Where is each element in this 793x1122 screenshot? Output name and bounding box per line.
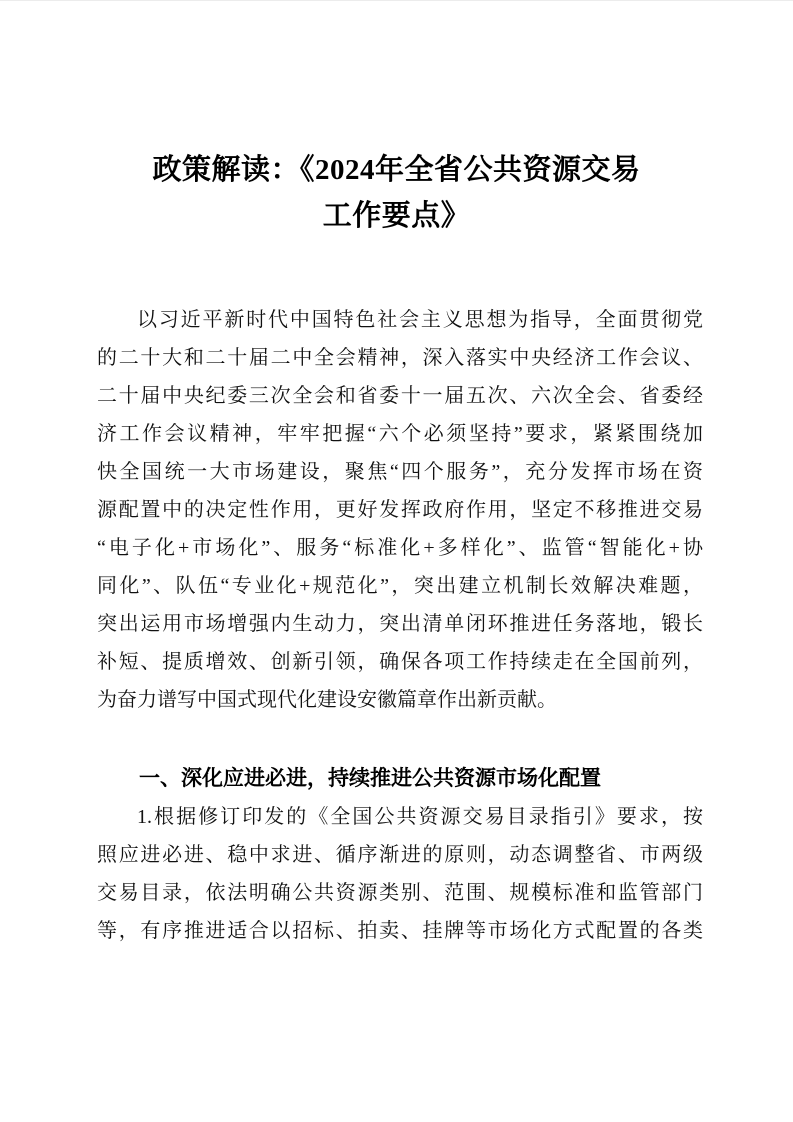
section-heading: 一、深化应进必进，持续推进公共资源市场化配置 (97, 760, 703, 798)
text-line: 1.根据修订印发的《全国公共资源交易目录指引》要求，按 (97, 798, 703, 836)
document-title-line-1: 政策解读：《2024年全省公共资源交易 (0, 147, 793, 193)
document-title: 政策解读：《2024年全省公共资源交易 工作要点》 (0, 147, 793, 239)
text-line: 补短、提质增效、创新引领，确保各项工作持续走在全国前列， (97, 643, 703, 681)
text-line: 的二十大和二十届二中全会精神，深入落实中央经济工作会议、 (97, 339, 703, 377)
paragraph: 1.根据修订印发的《全国公共资源交易目录指引》要求，按照应进必进、稳中求进、循序… (97, 798, 703, 950)
text-line: 二十届中央纪委三次全会和省委十一届五次、六次全会、省委经 (97, 377, 703, 415)
text-line: 以习近平新时代中国特色社会主义思想为指导，全面贯彻党 (97, 301, 703, 339)
document-body: 以习近平新时代中国特色社会主义思想为指导，全面贯彻党的二十大和二十届二中全会精神… (97, 301, 703, 950)
text-line: 济工作会议精神，牢牢把握“六个必须坚持”要求，紧紧围绕加 (97, 415, 703, 453)
text-line: 交易目录，依法明确公共资源类别、范围、规模标准和监管部门 (97, 874, 703, 912)
paragraph: 以习近平新时代中国特色社会主义思想为指导，全面贯彻党的二十大和二十届二中全会精神… (97, 301, 703, 719)
text-line: 快全国统一大市场建设，聚焦“四个服务”，充分发挥市场在资 (97, 453, 703, 491)
text-line: 源配置中的决定性作用，更好发挥政府作用，坚定不移推进交易 (97, 491, 703, 529)
text-line: 等，有序推进适合以招标、拍卖、挂牌等市场化方式配置的各类 (97, 912, 703, 950)
text-line: 同化”、队伍“专业化+规范化”，突出建立机制长效解决难题， (97, 567, 703, 605)
document-page: 政策解读：《2024年全省公共资源交易 工作要点》 以习近平新时代中国特色社会主… (0, 0, 793, 1122)
document-title-line-2: 工作要点》 (0, 193, 793, 239)
text-line: “电子化+市场化”、服务“标准化+多样化”、监管“智能化+协 (97, 529, 703, 567)
text-line: 照应进必进、稳中求进、循序渐进的原则，动态调整省、市两级 (97, 836, 703, 874)
text-line: 突出运用市场增强内生动力，突出清单闭环推进任务落地，锻长 (97, 605, 703, 643)
text-line: 为奋力谱写中国式现代化建设安徽篇章作出新贡献。 (97, 681, 703, 719)
